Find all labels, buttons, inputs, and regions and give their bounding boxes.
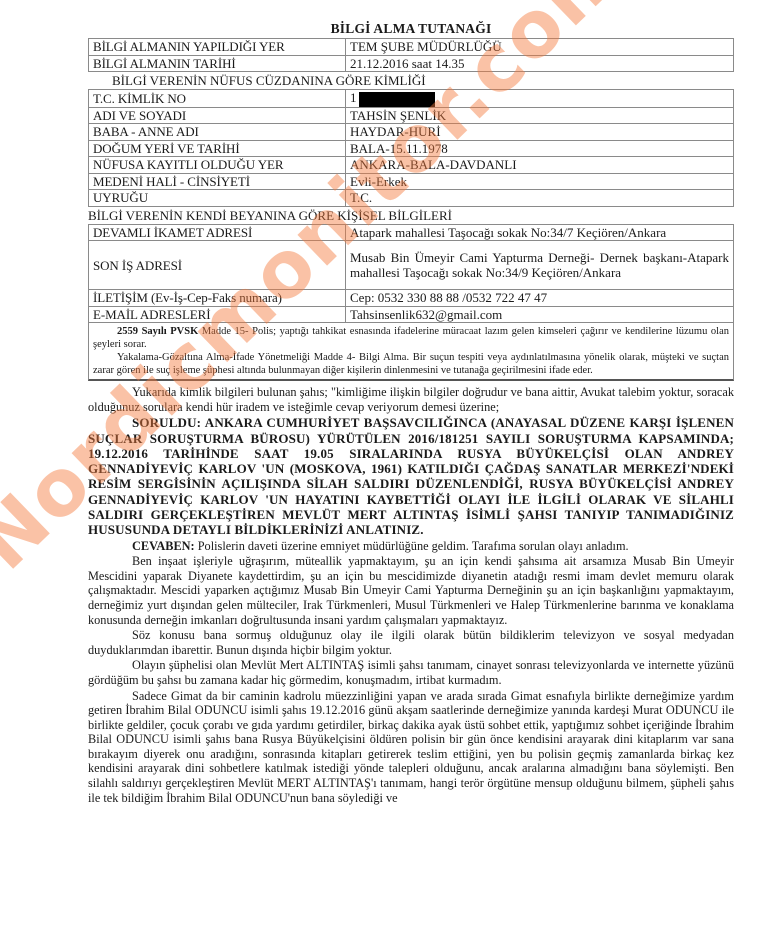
- row-label: MEDENİ HALİ - CİNSİYETİ: [89, 173, 346, 190]
- table-row: NÜFUSA KAYITLI OLDUĞU YER ANKARA-BALA-DA…: [89, 157, 734, 174]
- row-value: Atapark mahallesi Taşocağı sokak No:34/7…: [346, 224, 734, 241]
- row-value: Cep: 0532 330 88 88 /0532 722 47 47: [346, 290, 734, 307]
- row-label: İLETİŞİM (Ev-İş-Cep-Faks numara): [89, 290, 346, 307]
- row-label: T.C. KİMLİK NO: [89, 90, 346, 108]
- row-value: T.C.: [346, 190, 734, 207]
- redaction-bar: [359, 92, 435, 107]
- legal-notes-box: 2559 Sayılı PVSK Madde 15- Polis; yaptığ…: [88, 323, 734, 381]
- legal-note: 2559 Sayılı PVSK Madde 15- Polis; yaptığ…: [93, 325, 729, 351]
- row-label: SON İŞ ADRESİ: [89, 241, 346, 290]
- row-label: UYRUĞU: [89, 190, 346, 207]
- answer-intro: CEVABEN: Polislerin daveti üzerine emniy…: [88, 539, 734, 554]
- header-table: BİLGİ ALMANIN YAPILDIĞI YER TEM ŞUBE MÜD…: [88, 38, 734, 72]
- intro-paragraph: Yukarıda kimlik bilgileri bulunan şahıs;…: [88, 385, 734, 414]
- row-label: BİLGİ ALMANIN YAPILDIĞI YER: [89, 39, 346, 56]
- table-row: MEDENİ HALİ - CİNSİYETİ Evli-Erkek: [89, 173, 734, 190]
- question-paragraph: SORULDU: ANKARA CUMHURİYET BAŞSAVCILIĞIN…: [88, 415, 734, 537]
- row-label: BİLGİ ALMANIN TARİHİ: [89, 55, 346, 72]
- legal-note-text: Yakalama-Gözaltına Alma-İfade Yönetmeliğ…: [93, 352, 729, 376]
- answer-label: CEVABEN:: [132, 539, 195, 553]
- document-page: BİLGİ ALMA TUTANAĞI BİLGİ ALMANIN YAPILD…: [88, 18, 734, 806]
- row-value: 21.12.2016 saat 14.35: [346, 55, 734, 72]
- id-number-prefix: 1: [350, 90, 357, 105]
- identity-section-title: BİLGİ VERENİN NÜFUS CÜZDANINA GÖRE KİMLİ…: [88, 72, 734, 89]
- legal-note-ref: 2559 Sayılı PVSK: [117, 326, 198, 337]
- table-row: SON İŞ ADRESİ Musab Bin Ümeyir Cami Yapt…: [89, 241, 734, 290]
- row-label: E-MAİL ADRESLERİ: [89, 306, 346, 323]
- row-value: Evli-Erkek: [346, 173, 734, 190]
- row-value: TEM ŞUBE MÜDÜRLÜĞÜ: [346, 39, 734, 56]
- row-label: BABA - ANNE ADI: [89, 124, 346, 141]
- table-row: BİLGİ ALMANIN TARİHİ 21.12.2016 saat 14.…: [89, 55, 734, 72]
- row-value: BALA-15.11.1978: [346, 140, 734, 157]
- document-title: BİLGİ ALMA TUTANAĞI: [88, 18, 734, 38]
- row-value: Tahsinsenlik632@gmail.com: [346, 306, 734, 323]
- row-value: TAHSİN ŞENLİK: [346, 107, 734, 124]
- answer-first-text: Polislerin daveti üzerine emniyet müdürl…: [195, 539, 629, 553]
- row-value: ANKARA-BALA-DAVDANLI: [346, 157, 734, 174]
- row-value: HAYDAR-HURİ: [346, 124, 734, 141]
- table-row: DEVAMLI İKAMET ADRESİ Atapark mahallesi …: [89, 224, 734, 241]
- answer-paragraph: Olayın şüphelisi olan Mevlüt Mert ALTINT…: [88, 658, 734, 687]
- row-label: DEVAMLI İKAMET ADRESİ: [89, 224, 346, 241]
- table-row: İLETİŞİM (Ev-İş-Cep-Faks numara) Cep: 05…: [89, 290, 734, 307]
- table-row: BİLGİ ALMANIN YAPILDIĞI YER TEM ŞUBE MÜD…: [89, 39, 734, 56]
- answer-paragraph: Söz konusu bana sormuş olduğunuz olay il…: [88, 628, 734, 657]
- row-value: Musab Bin Ümeyir Cami Yapturma Derneği- …: [346, 241, 734, 290]
- row-label: NÜFUSA KAYITLI OLDUĞU YER: [89, 157, 346, 174]
- legal-note: Yakalama-Gözaltına Alma-İfade Yönetmeliğ…: [93, 351, 729, 377]
- row-value: 1: [346, 90, 734, 108]
- table-row: BABA - ANNE ADI HAYDAR-HURİ: [89, 124, 734, 141]
- row-label: ADI VE SOYADI: [89, 107, 346, 124]
- answer-paragraph: Sadece Gimat da bir caminin kadrolu müez…: [88, 689, 734, 806]
- row-label: DOĞUM YERİ VE TARİHİ: [89, 140, 346, 157]
- personal-table: DEVAMLI İKAMET ADRESİ Atapark mahallesi …: [88, 224, 734, 324]
- table-row: E-MAİL ADRESLERİ Tahsinsenlik632@gmail.c…: [89, 306, 734, 323]
- table-row: UYRUĞU T.C.: [89, 190, 734, 207]
- table-row: ADI VE SOYADI TAHSİN ŞENLİK: [89, 107, 734, 124]
- answer-paragraph: Ben inşaat işleriyle uğraşırım, mütealli…: [88, 554, 734, 627]
- statement-body: Yukarıda kimlik bilgileri bulunan şahıs;…: [88, 385, 734, 805]
- table-row: T.C. KİMLİK NO 1: [89, 90, 734, 108]
- table-row: DOĞUM YERİ VE TARİHİ BALA-15.11.1978: [89, 140, 734, 157]
- personal-section-title: BİLGİ VERENİN KENDİ BEYANINA GÖRE KİŞİSE…: [88, 207, 734, 224]
- identity-table: T.C. KİMLİK NO 1 ADI VE SOYADI TAHSİN ŞE…: [88, 89, 734, 207]
